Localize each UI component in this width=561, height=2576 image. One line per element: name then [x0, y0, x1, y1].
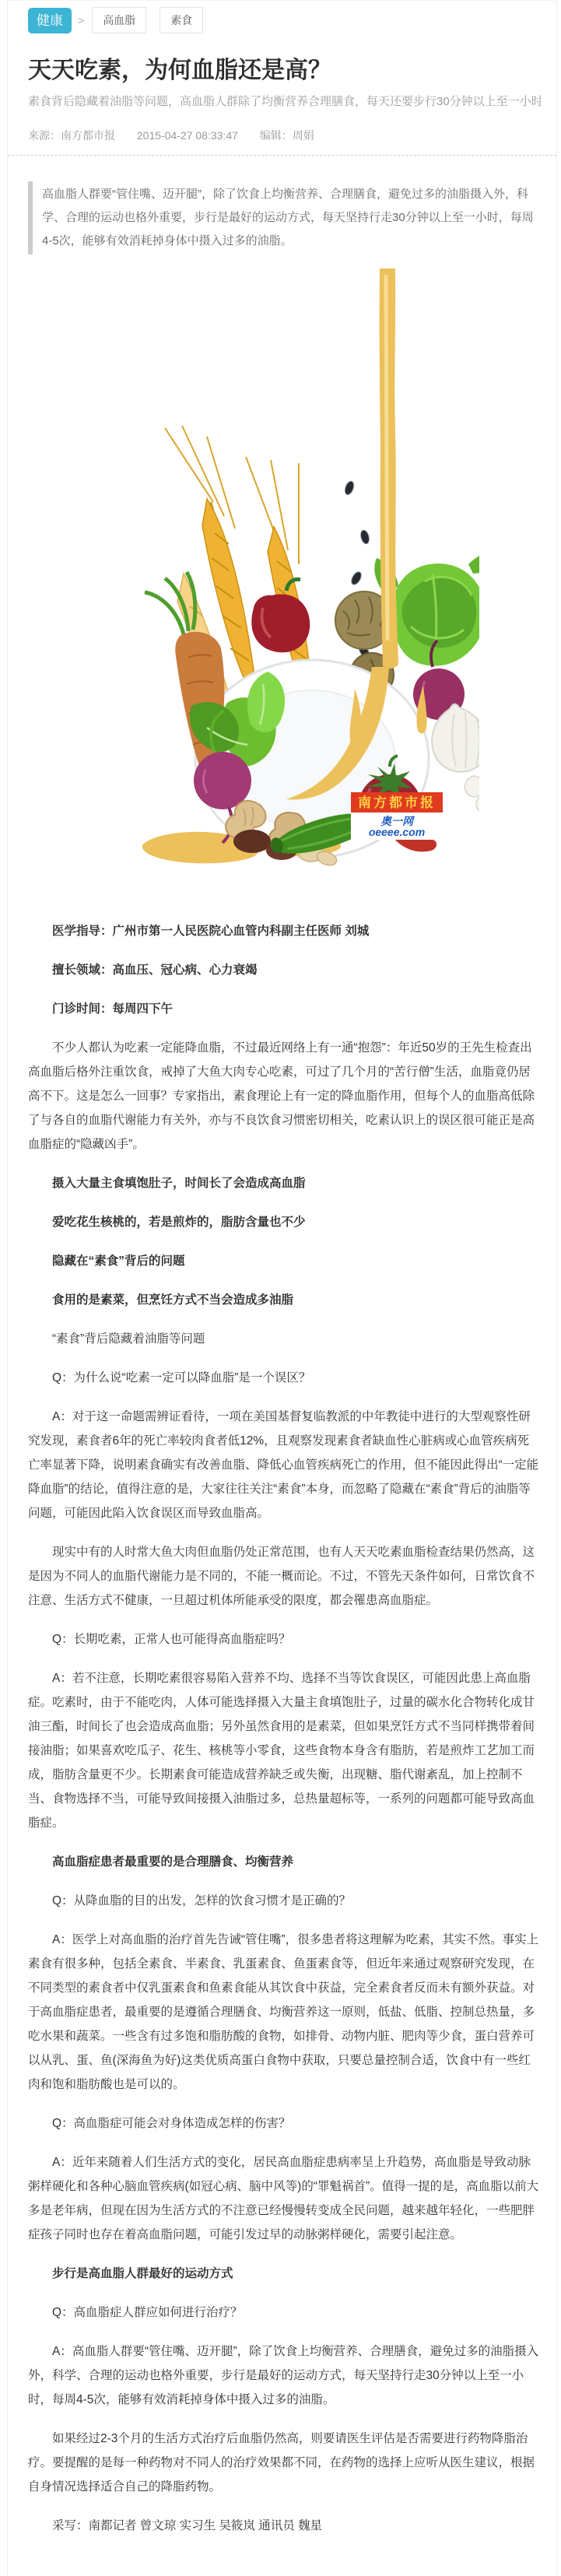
article-paragraph: 采写：南都记者 曾文琼 实习生 吴筱岚 通讯员 魏星	[28, 2514, 541, 2538]
breadcrumb-separator-icon: >	[78, 14, 84, 26]
article-paragraph: Q：长期吃素，正常人也可能得高血脂症吗？	[28, 1627, 541, 1651]
article-summary-quote: 高血脂人群要“管住嘴、迈开腿”，除了饮食上均衡营养、合理膳食，避免过多的油脂摄入…	[28, 181, 541, 254]
watermark: 南方都市报 奥一网 oeeee.com	[351, 792, 443, 840]
page-title: 天天吃素，为何血脂还是高？	[28, 57, 541, 85]
section-heading: 食用的是素菜，但烹饪方式不当会造成多油脂	[28, 1288, 541, 1312]
oil-vegetables-illustration-icon	[90, 268, 479, 868]
article-meta: 来源：南方都市报 2015-04-27 08:33:47 编辑：周娟	[28, 128, 541, 143]
article-paragraph: A：若不注意，长期吃素很容易陷入营养不均、选择不当等饮食误区，可能因此患上高血脂…	[28, 1666, 541, 1835]
article-paragraph: 不少人都认为吃素一定能降血脂，不过最近网络上有一通“抱怨”：年近50岁的王先生检…	[28, 1036, 541, 1156]
article-subtitle: 素食背后隐藏着油脂等问题，高血脂人群除了均衡营养合理膳食，每天还要步行30分钟以…	[28, 93, 541, 109]
article-paragraph: Q：高血脂症人群应如何进行治疗？	[28, 2301, 541, 2325]
article-page: 健康 > 高血脂 素食 天天吃素，为何血脂还是高？ 素食背后隐藏着油脂等问题，高…	[7, 0, 557, 2576]
section-heading: 擅长领域：高血压、冠心病、心力衰竭	[28, 958, 541, 982]
article-paragraph: 如果经过2-3个月的生活方式治疗后血脂仍然高，则要请医生评估是否需要进行药物降脂…	[28, 2427, 541, 2499]
article-paragraph: A：近年来随着人们生活方式的变化，居民高血脂症患病率呈上升趋势，高血脂是导致动脉…	[28, 2150, 541, 2247]
article-paragraph: Q：从降血脂的目的出发，怎样的饮食习惯才是正确的？	[28, 1889, 541, 1913]
section-heading: 隐藏在“素食”背后的问题	[28, 1249, 541, 1273]
section-heading: 爱吃花生核桃的，若是煎炸的，脂肪含量也不少	[28, 1210, 541, 1234]
section-heading: 高血脂症患者最重要的是合理膳食、均衡营养	[28, 1850, 541, 1874]
article-paragraph: A：高血脂人群要“管住嘴、迈开腿”，除了饮食上均衡营养、合理膳食，避免过多的油脂…	[28, 2339, 541, 2412]
tag-vegetarian[interactable]: 素食	[160, 7, 203, 33]
article-paragraph: A：对于这一命题需辨证看待，一项在美国基督复临教派的中年教徒中进行的大型观察性研…	[28, 1405, 541, 1525]
section-heading: 门诊时间：每周四下午	[28, 997, 541, 1021]
breadcrumb: 健康 > 高血脂 素食	[28, 1, 541, 33]
dashed-divider	[8, 155, 556, 156]
section-heading: 医学指导：广州市第一人民医院心血管内科副主任医师 刘城	[28, 919, 541, 943]
section-heading: 摄入大量主食填饱肚子，时间长了会造成高血脂	[28, 1171, 541, 1195]
article-body: 医学指导：广州市第一人民医院心血管内科副主任医师 刘城擅长领域：高血压、冠心病、…	[28, 919, 541, 2576]
channel-badge-health[interactable]: 健康	[28, 8, 72, 33]
watermark-brand: 南方都市报	[351, 792, 443, 812]
editor-label: 编辑：周娟	[260, 129, 314, 142]
article-paragraph: “素食”背后隐藏着油脂等问题	[28, 1327, 541, 1351]
source-label: 来源：南方都市报	[28, 129, 115, 142]
article-paragraph: Q：为什么说“吃素一定可以降血脂”是一个误区？	[28, 1366, 541, 1390]
tag-hyperlipidemia[interactable]: 高血脂	[92, 7, 146, 33]
article-paragraph: Q：高血脂症可能会对身体造成怎样的伤害？	[28, 2111, 541, 2136]
publish-time: 2015-04-27 08:33:47	[137, 129, 238, 142]
article-illustration: 南方都市报 奥一网 oeeee.com	[90, 268, 479, 868]
article-paragraph: 现实中有的人时常大鱼大肉但血脂仍处正常范围，也有人天天吃素血脂检查结果仍然高，这…	[28, 1540, 541, 1613]
section-heading: 步行是高血脂人群最好的运动方式	[28, 2262, 541, 2286]
article-paragraph: A：医学上对高血脂的治疗首先告诫“管住嘴”，很多患者将这理解为吃素，其实不然。事…	[28, 1928, 541, 2097]
watermark-site: 奥一网 oeeee.com	[351, 812, 443, 840]
